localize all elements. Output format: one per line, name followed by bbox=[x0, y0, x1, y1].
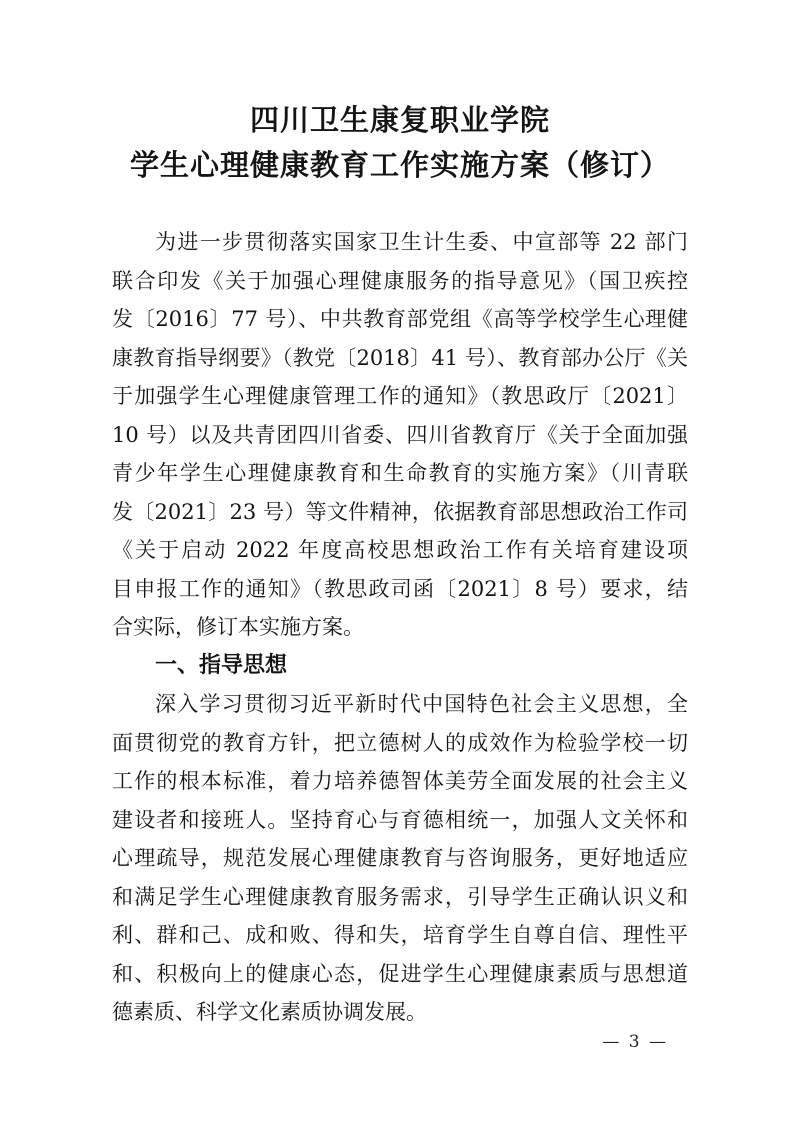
text-line: 青少年学生心理健康教育和生命教育的实施方案》（川青联 bbox=[112, 454, 688, 493]
text-line: 工作的根本标准，着力培养德智体美劳全面发展的社会主义 bbox=[112, 762, 688, 801]
text-line: 发〔2021〕23 号）等文件精神，依据教育部思想政治工作司 bbox=[112, 493, 688, 532]
paragraph-intro: 为进一步贯彻落实国家卫生计生委、中宣部等 22 部门联合印发《关于加强心理健康服… bbox=[112, 223, 688, 647]
title-line-2: 学生心理健康教育工作实施方案（修订） bbox=[112, 143, 688, 188]
paragraph-guiding-ideology: 深入学习贯彻习近平新时代中国特色社会主义思想，全面贯彻党的教育方针，把立德树人的… bbox=[112, 685, 688, 1032]
text-line: 深入学习贯彻习近平新时代中国特色社会主义思想，全 bbox=[112, 685, 688, 724]
document-body: 为进一步贯彻落实国家卫生计生委、中宣部等 22 部门联合印发《关于加强心理健康服… bbox=[112, 223, 688, 1032]
text-line: 10 号）以及共青团四川省委、四川省教育厅《关于全面加强 bbox=[112, 416, 688, 455]
text-line: 发〔2016〕77 号）、中共教育部党组《高等学校学生心理健 bbox=[112, 300, 688, 339]
text-line: 利、群和己、成和败、得和失，培育学生自尊自信、理性平 bbox=[112, 916, 688, 955]
text-line: 于加强学生心理健康管理工作的通知》（教思政厅〔2021〕 bbox=[112, 377, 688, 416]
text-line: 心理疏导，规范发展心理健康教育与咨询服务，更好地适应 bbox=[112, 839, 688, 878]
section-heading-guiding-ideology: 一、指导思想 bbox=[112, 647, 688, 686]
text-line: 合实际，修订本实施方案。 bbox=[112, 608, 688, 647]
page-number: — 3 — bbox=[602, 1030, 668, 1054]
text-line: 《关于启动 2022 年度高校思想政治工作有关培育建设项 bbox=[112, 531, 688, 570]
text-line: 德素质、科学文化素质协调发展。 bbox=[112, 993, 688, 1032]
text-line: 建设者和接班人。坚持育心与育德相统一，加强人文关怀和 bbox=[112, 801, 688, 840]
document-title: 四川卫生康复职业学院 学生心理健康教育工作实施方案（修订） bbox=[112, 98, 688, 188]
text-line: 面贯彻党的教育方针，把立德树人的成效作为检验学校一切 bbox=[112, 724, 688, 763]
text-line: 康教育指导纲要》（教党〔2018〕41 号）、教育部办公厅《关 bbox=[112, 339, 688, 378]
text-line: 为进一步贯彻落实国家卫生计生委、中宣部等 22 部门 bbox=[112, 223, 688, 262]
text-line: 和满足学生心理健康教育服务需求，引导学生正确认识义和 bbox=[112, 878, 688, 917]
text-line: 目申报工作的通知》（教思政司函〔2021〕8 号）要求，结 bbox=[112, 570, 688, 609]
text-line: 联合印发《关于加强心理健康服务的指导意见》（国卫疾控 bbox=[112, 262, 688, 301]
text-line: 和、积极向上的健康心态，促进学生心理健康素质与思想道 bbox=[112, 955, 688, 994]
document-page: 四川卫生康复职业学院 学生心理健康教育工作实施方案（修订） 为进一步贯彻落实国家… bbox=[0, 0, 799, 1130]
title-line-1: 四川卫生康复职业学院 bbox=[112, 98, 688, 143]
